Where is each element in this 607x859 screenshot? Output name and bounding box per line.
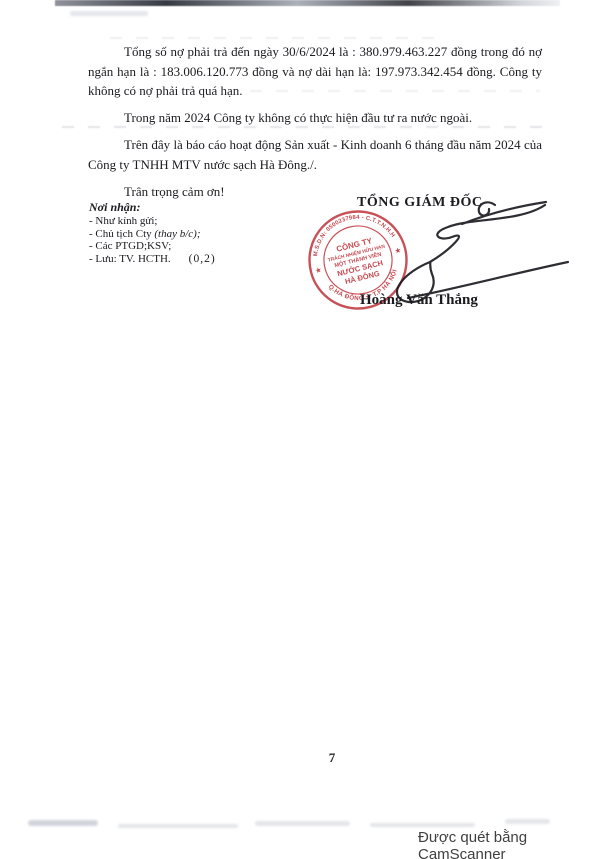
document-body: Tổng số nợ phải trả đến ngày 30/6/2024 l… (88, 42, 542, 209)
scan-smudge (118, 824, 238, 828)
stamp-star-right: ★ (394, 246, 403, 255)
paragraph-foreign-investment: Trong năm 2024 Công ty không có thực hiệ… (88, 108, 542, 128)
signature-main-stroke (430, 205, 545, 262)
paragraph-debt-summary: Tổng số nợ phải trả đến ngày 30/6/2024 l… (88, 42, 542, 101)
scan-smudge (28, 820, 98, 826)
scanned-document-page: Tổng số nợ phải trả đến ngày 30/6/2024 l… (0, 0, 607, 859)
paragraph-report-conclusion: Trên đây là báo cáo hoạt động Sản xuất -… (88, 135, 542, 174)
recipients-label: Nơi nhận: (89, 201, 216, 213)
scan-smudge (70, 11, 148, 16)
recipient-item: - Lưu: TV. HCTH.(0,2) (89, 253, 216, 265)
scan-line-artifact (110, 37, 440, 39)
stamp-ring-top-text: M.S.D.N: 0500237984 - C.T.T.N.H.H (306, 208, 396, 258)
scan-smudge (505, 819, 550, 824)
signer-name: Hoàng Văn Thắng (360, 292, 478, 309)
recipient-item: - Như kính gửi; (89, 215, 216, 227)
scan-smudge (370, 823, 475, 827)
scan-edge-artifact (55, 0, 560, 6)
recipient-item: - Chủ tịch Cty (thay b/c); (89, 228, 216, 240)
recipients-block: Nơi nhận: - Như kính gửi; - Chủ tịch Cty… (89, 201, 216, 265)
camscanner-watermark: Được quét bằng CamScanner (418, 829, 607, 859)
scan-smudge (255, 821, 350, 826)
copies-annotation: (0,2) (189, 253, 216, 265)
signer-title: TỔNG GIÁM ĐỐC (357, 195, 483, 211)
stamp-star-left: ★ (315, 266, 324, 275)
page-number: 7 (320, 750, 344, 766)
recipient-item: - Các PTGD;KSV; (89, 240, 216, 252)
